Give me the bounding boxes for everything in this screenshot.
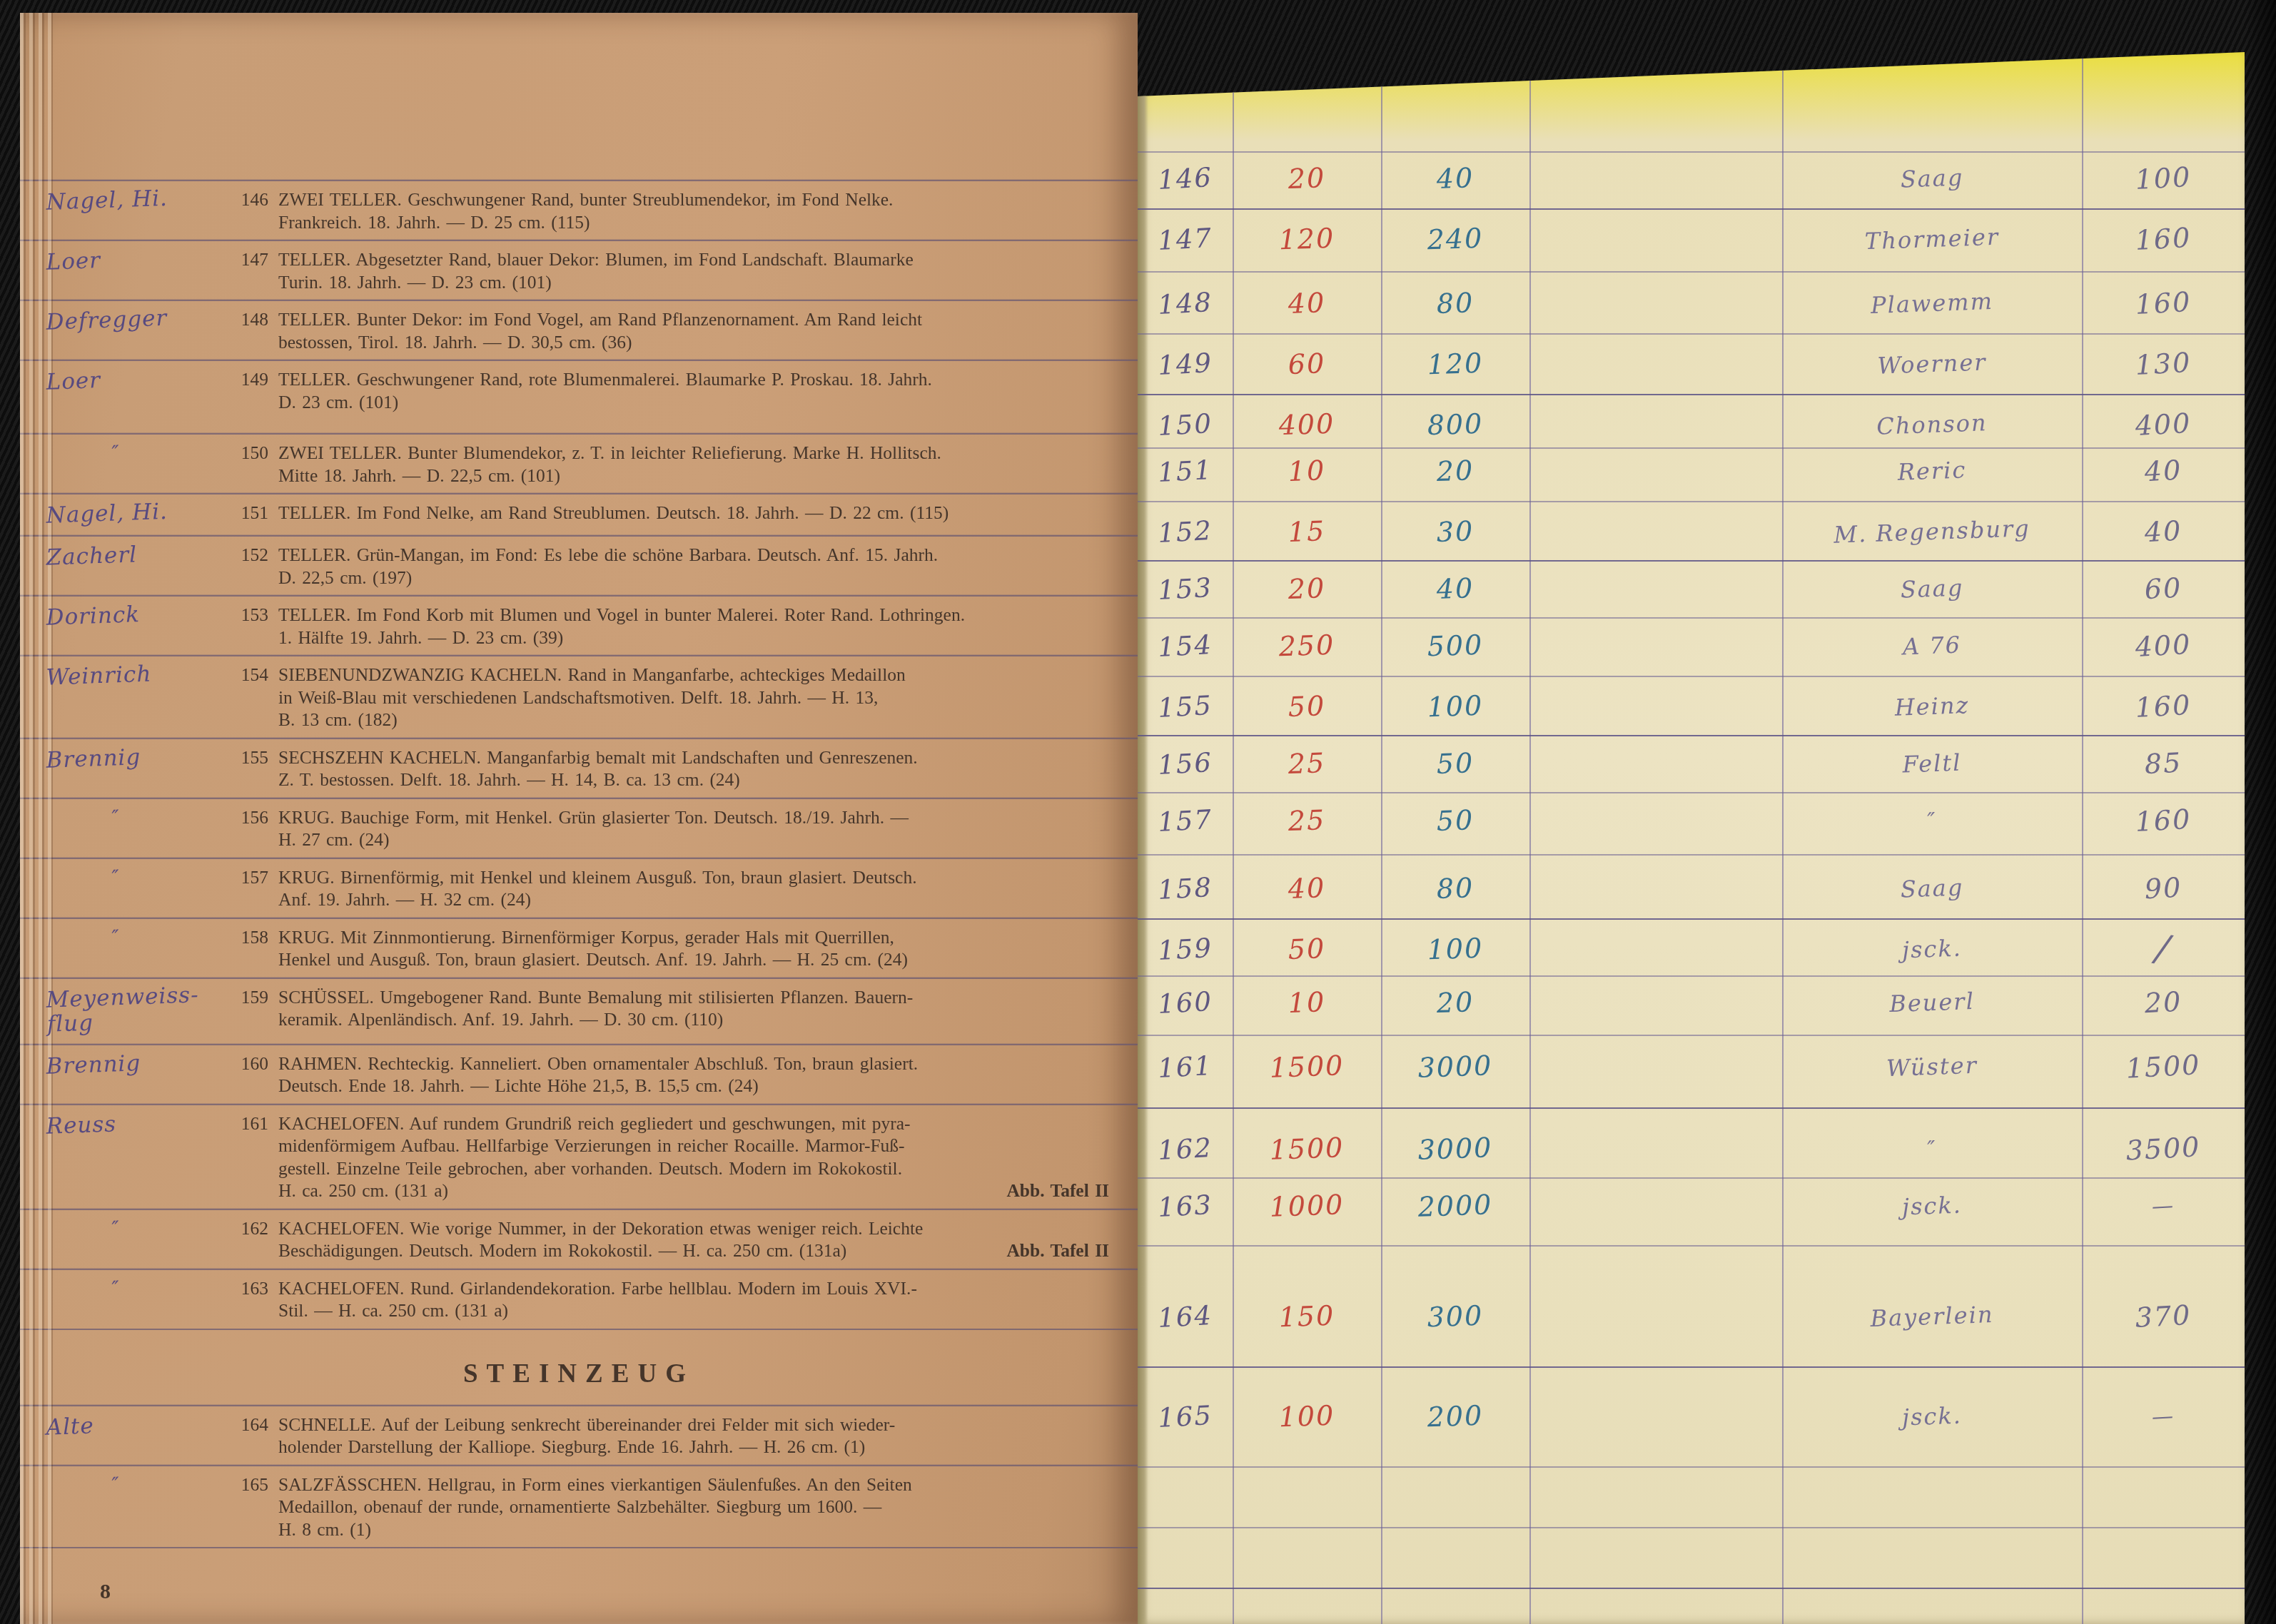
ledger-blue-price: 40	[1380, 570, 1529, 607]
margin-annotation: Nagel, Hi.	[20, 494, 228, 529]
ledger-lot-number: 161	[1137, 1049, 1233, 1085]
description-line: Henkel und Ausguß. Ton, braun glasiert. …	[278, 948, 1113, 971]
catalog-entry: Brennig160RAHMEN. Rechteckig. Kanneliert…	[20, 1044, 1138, 1104]
catalog-entry: Defregger148TELLER. Bunter Dekor: im Fon…	[20, 300, 1138, 360]
ledger-row: 164150300Bayerlein370	[1138, 1291, 2245, 1342]
ledger-final-price: 20	[2081, 983, 2245, 1022]
catalog-entry: Weinrich154SIEBENUNDZWANZIG KACHELN. Ran…	[20, 655, 1138, 738]
description-text: H. ca. 250 cm. (131 a)	[278, 1179, 448, 1202]
ledger-final-price: 85	[2081, 744, 2245, 783]
lot-number: 157	[227, 866, 278, 889]
ledger-blue-price: 3000	[1380, 1048, 1529, 1085]
lot-description: TELLER. Im Fond Nelke, am Rand Streublum…	[278, 502, 1138, 524]
ledger-buyer-name: Saag	[1781, 870, 2082, 908]
margin-annotation: Brennig	[20, 1045, 228, 1079]
ledger-row: 14960120Woerner130	[1138, 338, 2245, 390]
ledger-lot-number: 146	[1137, 161, 1233, 196]
ledger-rule-line	[1138, 1177, 2245, 1179]
left-page: Nagel, Hi.146ZWEI TELLER. Geschwungener …	[20, 13, 1138, 1624]
ledger-red-price: 100	[1232, 1398, 1381, 1434]
lot-description: SCHÜSSEL. Umgebogener Rand. Bunte Bemalu…	[278, 986, 1138, 1031]
ledger-red-price: 15	[1232, 513, 1381, 549]
ledger-red-price: 40	[1232, 285, 1381, 321]
margin-annotation: ″	[20, 1466, 228, 1500]
ledger-blue-price: 800	[1380, 406, 1529, 442]
description-line: KRUG. Birnenförmig, mit Henkel und klein…	[278, 866, 1113, 889]
lot-number: 152	[227, 544, 278, 567]
ledger-row: 1584080Saag90	[1138, 863, 2245, 914]
plate-reference-note: Abb. Tafel II	[1006, 1179, 1113, 1202]
description-line: Stil. — H. ca. 250 cm. (131 a)	[278, 1299, 1113, 1322]
ledger-buyer-name: Chonson	[1781, 406, 2082, 444]
description-line: TELLER. Grün-Mangan, im Fond: Es lebe di…	[278, 544, 1113, 567]
ledger-lot-number: 155	[1137, 689, 1233, 724]
description-line: Deutsch. Ende 18. Jahrh. — Lichte Höhe 2…	[278, 1075, 1113, 1097]
ledger-red-price: 1000	[1232, 1187, 1381, 1224]
description-line: SECHSZEHN KACHELN. Manganfarbig bemalt m…	[278, 746, 1113, 769]
ledger-lot-number: 165	[1137, 1399, 1233, 1434]
ledger-buyer-name: Saag	[1781, 160, 2082, 198]
ledger-row: 1532040Saag60	[1138, 563, 2245, 614]
description-line: KRUG. Mit Zinnmontierung. Birnenförmiger…	[278, 926, 1113, 949]
description-line: ZWEI TELLER. Bunter Blumendekor, z. T. i…	[278, 442, 1113, 465]
ledger-lot-number: 159	[1137, 931, 1233, 967]
ledger-lot-number: 153	[1137, 571, 1233, 607]
ledger-lot-number: 151	[1137, 453, 1233, 489]
ledger-final-price: 40	[2081, 512, 2245, 552]
ledger-blue-price: 20	[1380, 452, 1529, 489]
ledger-buyer-name: ″	[1782, 1131, 2083, 1167]
lot-number: 146	[227, 188, 278, 211]
ledger-row: 1572550″160	[1138, 795, 2245, 846]
catalog-entry: ″158KRUG. Mit Zinnmontierung. Birnenförm…	[20, 918, 1138, 978]
left-page-entries-before-section: Nagel, Hi.146ZWEI TELLER. Geschwungener …	[20, 180, 1138, 1329]
ledger-rule-line	[1138, 1527, 2245, 1528]
ledger-buyer-name: Plawemm	[1781, 285, 2082, 323]
ledger-row: 147120240Thormeier160	[1138, 213, 2245, 265]
description-line: holender Darstellung der Kalliope. Siegb…	[278, 1436, 1113, 1458]
ledger-red-price: 60	[1232, 345, 1381, 382]
ledger-rule-line	[1138, 1366, 2245, 1368]
catalog-entry: Zacherl152TELLER. Grün-Mangan, im Fond: …	[20, 535, 1138, 595]
ledger-red-price: 50	[1232, 930, 1381, 967]
lot-number: 163	[227, 1277, 278, 1300]
ledger-red-price: 1500	[1232, 1130, 1381, 1167]
ledger-row: 16115003000Wüster1500	[1138, 1041, 2245, 1092]
lot-number: 149	[227, 368, 278, 391]
lot-description: KRUG. Bauchige Form, mit Henkel. Grün gl…	[278, 806, 1138, 851]
catalog-entry: Alte164SCHNELLE. Auf der Leibung senkrec…	[20, 1405, 1138, 1465]
ledger-blue-price: 100	[1380, 930, 1529, 967]
ledger-rule-line	[1138, 394, 2245, 395]
ledger-red-price: 250	[1232, 627, 1381, 664]
ledger-rule-line	[1138, 1588, 2245, 1589]
catalog-entry: ″163KACHELOFEN. Rund. Girlandendekoratio…	[20, 1269, 1138, 1329]
ledger-final-price: —	[2081, 1189, 2245, 1223]
ledger-rule-line	[1138, 1107, 2245, 1109]
ledger-buyer-name: M. Regensburg	[1781, 513, 2082, 551]
ledger-buyer-name: A 76	[1781, 627, 2082, 665]
lot-description: SCHNELLE. Auf der Leibung senkrecht über…	[278, 1414, 1138, 1458]
ledger-red-price: 40	[1232, 870, 1381, 906]
left-page-top-margin	[20, 13, 1138, 180]
description-line: B. 13 cm. (182)	[278, 709, 1113, 731]
ledger-row: 1484080Plawemm160	[1138, 278, 2245, 329]
description-line: gestell. Einzelne Teile gebrochen, aber …	[278, 1157, 1113, 1180]
lot-number: 162	[227, 1217, 278, 1240]
ledger-final-price: —	[2081, 1400, 2245, 1433]
ledger-row: 154250500A 76400	[1138, 620, 2245, 671]
lot-description: RAHMEN. Rechteckig. Kanneliert. Oben orn…	[278, 1052, 1138, 1097]
catalog-entry: Loer147TELLER. Abgesetzter Rand, blauer …	[20, 240, 1138, 300]
ledger-red-price: 25	[1232, 802, 1381, 838]
ledger-buyer-name: Beuerl	[1781, 984, 2082, 1022]
right-page-ledger: 1462040Saag100147120240Thormeier16014840…	[1138, 46, 2245, 1624]
description-line: Z. T. bestossen. Delft. 18. Jahrh. — H. …	[278, 768, 1113, 791]
ledger-row: 165100200jsck.—	[1138, 1391, 2245, 1442]
margin-annotation: Meyenweiss-flug	[20, 978, 228, 1037]
ledger-red-price: 10	[1232, 984, 1381, 1020]
ledger-rule-line	[1138, 208, 2245, 210]
lot-description: TELLER. Abgesetzter Rand, blauer Dekor: …	[278, 248, 1138, 293]
lot-description: KACHELOFEN. Auf rundem Grundriß reich ge…	[278, 1112, 1138, 1202]
ledger-row: 1562550Feltl85	[1138, 738, 2245, 789]
description-line: TELLER. Im Fond Nelke, am Rand Streublum…	[278, 502, 1113, 524]
ledger-final-price: 400	[2081, 626, 2245, 666]
description-line: KRUG. Bauchige Form, mit Henkel. Grün gl…	[278, 806, 1113, 829]
lot-description: SALZFÄSSCHEN. Hellgrau, in Form eines vi…	[278, 1473, 1138, 1541]
lot-number: 160	[227, 1052, 278, 1075]
ledger-buyer-name: jsck.	[1781, 1187, 2082, 1225]
ledger-buyer-name: Heinz	[1781, 688, 2082, 726]
ledger-blue-price: 40	[1380, 160, 1529, 196]
left-page-entries-after-section: Alte164SCHNELLE. Auf der Leibung senkrec…	[20, 1405, 1138, 1548]
ledger-blue-price: 500	[1380, 627, 1529, 664]
ledger-blue-price: 20	[1380, 984, 1529, 1020]
catalog-entry: Nagel, Hi.151TELLER. Im Fond Nelke, am R…	[20, 493, 1138, 535]
margin-annotation: ″	[20, 798, 228, 833]
catalog-entry: ″150ZWEI TELLER. Bunter Blumendekor, z. …	[20, 433, 1138, 493]
ledger-buyer-name: Feltl	[1781, 745, 2082, 783]
description-line: TELLER. Bunter Dekor: im Fond Vogel, am …	[278, 308, 1113, 331]
lot-number: 148	[227, 308, 278, 331]
ledger-final-price: 90	[2081, 868, 2245, 908]
margin-annotation: Alte	[20, 1406, 228, 1440]
ledger-rule-line	[1138, 501, 2245, 502]
description-line: Mitte 18. Jahrh. — D. 22,5 cm. (101)	[278, 465, 1113, 487]
ledger-red-price: 20	[1232, 160, 1381, 196]
lot-number: 165	[227, 1473, 278, 1496]
ledger-row: 150400800Chonson400	[1138, 399, 2245, 450]
ledger-blue-price: 50	[1380, 745, 1529, 781]
catalog-entry: ″157KRUG. Birnenförmig, mit Henkel und k…	[20, 858, 1138, 918]
description-text: Beschädigungen. Deutsch. Modern im Rokok…	[278, 1239, 846, 1262]
ledger-blue-price: 80	[1380, 870, 1529, 906]
lot-description: TELLER. Bunter Dekor: im Fond Vogel, am …	[278, 308, 1138, 353]
lot-number: 159	[227, 986, 278, 1009]
catalog-entry: Dorinck153TELLER. Im Fond Korb mit Blume…	[20, 595, 1138, 655]
ledger-lot-number: 160	[1137, 985, 1233, 1020]
ledger-final-price: 160	[2081, 801, 2245, 841]
ledger-rule-line	[1138, 271, 2245, 273]
ledger-rule-line	[1138, 1245, 2245, 1247]
margin-annotation: ″	[20, 435, 228, 469]
lot-number: 164	[227, 1414, 278, 1436]
margin-annotation: Defregger	[20, 301, 228, 335]
lot-number: 151	[227, 502, 278, 524]
lot-description: KACHELOFEN. Rund. Girlandendekoration. F…	[278, 1277, 1138, 1322]
ledger-final-price: 100	[2081, 158, 2245, 198]
ledger-row: 1601020Beuerl20	[1138, 977, 2245, 1028]
ledger-blue-price: 240	[1380, 220, 1529, 257]
margin-annotation: ″	[20, 858, 228, 893]
ledger-lot-number: 149	[1137, 346, 1233, 382]
ledger-red-price: 25	[1232, 745, 1381, 781]
description-line: SALZFÄSSCHEN. Hellgrau, in Form eines vi…	[278, 1473, 1113, 1496]
ledger-rule-line	[1138, 792, 2245, 793]
ledger-rule-line	[1138, 854, 2245, 856]
ledger-buyer-name: Reric	[1781, 452, 2082, 490]
ledger-lot-number: 162	[1137, 1131, 1233, 1167]
margin-annotation: Loer	[20, 361, 228, 395]
description-line: Beschädigungen. Deutsch. Modern im Rokok…	[278, 1239, 1113, 1262]
description-line: H. 27 cm. (24)	[278, 828, 1113, 851]
description-line: SCHÜSSEL. Umgebogener Rand. Bunte Bemalu…	[278, 986, 1113, 1009]
description-line: 1. Hälfte 19. Jahrh. — D. 23 cm. (39)	[278, 626, 1113, 649]
ledger-row: 1511020Reric40	[1138, 445, 2245, 497]
ledger-final-price: 400	[2081, 405, 2245, 445]
description-line: TELLER. Geschwungener Rand, rote Blumenm…	[278, 368, 1113, 391]
ledger-row: 15550100Heinz160	[1138, 681, 2245, 732]
lot-number: 158	[227, 926, 278, 949]
catalog-entry: ″156KRUG. Bauchige Form, mit Henkel. Grü…	[20, 798, 1138, 858]
description-line: Frankreich. 18. Jahrh. — D. 25 cm. (115)	[278, 211, 1113, 234]
ledger-buyer-name: ″	[1782, 803, 2083, 838]
description-line: Medaillon, obenauf der runde, ornamentie…	[278, 1496, 1113, 1518]
ledger-buyer-name: jsck.	[1781, 930, 2082, 968]
margin-annotation: Zacherl	[20, 537, 228, 571]
margin-annotation: ″	[20, 1269, 228, 1304]
catalog-entry: Reuss161KACHELOFEN. Auf rundem Grundriß …	[20, 1104, 1138, 1209]
margin-annotation: Nagel, Hi.	[20, 181, 228, 215]
ledger-red-price: 50	[1232, 688, 1381, 724]
ledger-final-price: 60	[2081, 569, 2245, 609]
lot-description: ZWEI TELLER. Bunter Blumendekor, z. T. i…	[278, 442, 1138, 487]
description-line: Turin. 18. Jahrh. — D. 23 cm. (101)	[278, 271, 1113, 294]
description-line: RAHMEN. Rechteckig. Kanneliert. Oben orn…	[278, 1052, 1113, 1075]
ledger-lot-number: 152	[1137, 514, 1233, 549]
ledger-lot-number: 156	[1137, 746, 1233, 781]
ledger-buyer-name: Thormeier	[1781, 220, 2082, 258]
ledger-red-price: 1500	[1232, 1048, 1381, 1085]
ledger-final-price: 160	[2081, 283, 2245, 323]
description-line: KACHELOFEN. Wie vorige Nummer, in der De…	[278, 1217, 1113, 1240]
ledger-row: 16310002000jsck.—	[1138, 1180, 2245, 1232]
ledger-rule-line	[1138, 676, 2245, 677]
lot-description: SECHSZEHN KACHELN. Manganfarbig bemalt m…	[278, 746, 1138, 791]
lot-number: 161	[227, 1112, 278, 1135]
ledger-final-price: 40	[2081, 451, 2245, 491]
plate-reference-note: Abb. Tafel II	[1006, 1239, 1113, 1262]
ledger-buyer-name: Saag	[1781, 570, 2082, 608]
ledger-row: 16215003000″3500	[1138, 1123, 2245, 1174]
ledger-blue-price: 2000	[1380, 1187, 1529, 1224]
ledger-final-price: 3500	[2081, 1129, 2245, 1169]
margin-annotation: Loer	[20, 241, 228, 275]
ledger-lot-number: 154	[1137, 628, 1233, 664]
ledger-lot-number: 158	[1137, 871, 1233, 906]
lot-description: TELLER. Im Fond Korb mit Blumen und Voge…	[278, 604, 1138, 649]
description-line: in Weiß-Blau mit verschiedenen Landschaf…	[278, 686, 1113, 709]
description-line: SCHNELLE. Auf der Leibung senkrecht über…	[278, 1414, 1113, 1436]
ledger-final-price: 160	[2081, 686, 2245, 726]
ledger-blue-price: 120	[1380, 345, 1529, 382]
ledger-blue-price: 50	[1380, 802, 1529, 838]
ledger-rule-line	[1138, 1466, 2245, 1468]
ledger-final-price: 160	[2081, 219, 2245, 259]
ledger-rule-line	[1138, 560, 2245, 562]
lot-number: 154	[227, 664, 278, 686]
lot-number: 153	[227, 604, 278, 626]
margin-annotation: ″	[20, 918, 228, 953]
lot-description: KRUG. Birnenförmig, mit Henkel und klein…	[278, 866, 1138, 911]
ledger-rule-line	[1138, 333, 2245, 335]
scanned-catalog-spread: { "left_page": { "page_number": "8", "se…	[0, 0, 2276, 1624]
ledger-blue-price: 300	[1380, 1298, 1529, 1334]
ledger-lot-number: 157	[1137, 803, 1233, 838]
ledger-buyer-name: Wüster	[1781, 1048, 2082, 1086]
description-line: H. ca. 250 cm. (131 a)Abb. Tafel II	[278, 1179, 1113, 1202]
description-line: Anf. 19. Jahrh. — H. 32 cm. (24)	[278, 888, 1113, 911]
catalog-entry: Brennig155SECHSZEHN KACHELN. Manganfarbi…	[20, 738, 1138, 798]
lot-number: 147	[227, 248, 278, 271]
ledger-final-price: 130	[2081, 344, 2245, 384]
ledger-red-price: 120	[1232, 220, 1381, 257]
lot-description: ZWEI TELLER. Geschwungener Rand, bunter …	[278, 188, 1138, 233]
lot-number: 155	[227, 746, 278, 769]
ledger-lot-number: 164	[1137, 1299, 1233, 1334]
ledger-rule-line	[1138, 617, 2245, 619]
ledger-blue-price: 3000	[1380, 1130, 1529, 1167]
ledger-blue-price: 200	[1380, 1398, 1529, 1434]
ledger-row: 1462040Saag100	[1138, 153, 2245, 204]
ledger-red-price: 20	[1232, 570, 1381, 607]
description-line: D. 22,5 cm. (197)	[278, 567, 1113, 589]
ledger-rule-line	[1138, 735, 2245, 736]
ledger-red-price: 400	[1232, 406, 1381, 442]
description-line: KACHELOFEN. Auf rundem Grundriß reich ge…	[278, 1112, 1113, 1135]
ledger-final-price: /	[2080, 916, 2247, 981]
description-line: KACHELOFEN. Rund. Girlandendekoration. F…	[278, 1277, 1113, 1300]
ledger-lot-number: 148	[1137, 285, 1233, 321]
description-line: SIEBENUNDZWANZIG KACHELN. Rand in Mangan…	[278, 664, 1113, 686]
margin-annotation: ″	[20, 1209, 228, 1244]
page-number: 8	[20, 1548, 1138, 1604]
ledger-rule-line	[1138, 1035, 2245, 1036]
ledger-blue-price: 30	[1380, 513, 1529, 549]
description-line: H. 8 cm. (1)	[278, 1518, 1113, 1541]
margin-annotation: Weinrich	[20, 656, 228, 691]
catalog-entry: Nagel, Hi.146ZWEI TELLER. Geschwungener …	[20, 180, 1138, 240]
ledger-final-price: 1500	[2081, 1047, 2245, 1087]
book-edge-shadow	[2245, 0, 2276, 1624]
section-title: STEINZEUG	[463, 1359, 694, 1389]
lot-description: KACHELOFEN. Wie vorige Nummer, in der De…	[278, 1217, 1138, 1262]
ledger-blue-price: 80	[1380, 285, 1529, 321]
lot-number: 156	[227, 806, 278, 829]
description-line: TELLER. Im Fond Korb mit Blumen und Voge…	[278, 604, 1113, 626]
ledger-row: 1521530M. Regensburg40	[1138, 506, 2245, 557]
margin-annotation: Reuss	[20, 1105, 228, 1139]
description-line: bestossen, Tirol. 18. Jahrh. — D. 30,5 c…	[278, 331, 1113, 354]
catalog-entry: Loer149TELLER. Geschwungener Rand, rote …	[20, 360, 1138, 433]
ledger-lot-number: 150	[1137, 407, 1233, 442]
ledger-red-price: 150	[1232, 1298, 1381, 1334]
lot-description: TELLER. Geschwungener Rand, rote Blumenm…	[278, 368, 1138, 413]
lot-description: KRUG. Mit Zinnmontierung. Birnenförmiger…	[278, 926, 1138, 971]
ledger-lot-number: 163	[1137, 1188, 1233, 1224]
section-header-row: STEINZEUG	[20, 1329, 1138, 1405]
description-line: TELLER. Abgesetzter Rand, blauer Dekor: …	[278, 248, 1113, 271]
description-line: ZWEI TELLER. Geschwungener Rand, bunter …	[278, 188, 1113, 211]
ledger-row: 15950100jsck./	[1138, 923, 2245, 975]
ledger-buyer-name: Bayerlein	[1781, 1298, 2082, 1336]
lot-description: TELLER. Grün-Mangan, im Fond: Es lebe di…	[278, 544, 1138, 589]
lot-number: 150	[227, 442, 278, 465]
ledger-final-price: 370	[2081, 1296, 2245, 1336]
lot-description: SIEBENUNDZWANZIG KACHELN. Rand in Mangan…	[278, 664, 1138, 731]
ledger-buyer-name: Woerner	[1781, 345, 2082, 383]
description-line: midenförmigem Aufbau. Hellfarbige Verzie…	[278, 1135, 1113, 1157]
description-line: D. 23 cm. (101)	[278, 391, 1113, 414]
ledger-blue-price: 100	[1380, 688, 1529, 724]
ledger-buyer-name: jsck.	[1781, 1398, 2082, 1436]
ledger-rule-line	[1138, 918, 2245, 920]
ledger-red-price: 10	[1232, 452, 1381, 489]
description-line: keramik. Alpenländisch. Anf. 19. Jahrh. …	[278, 1008, 1113, 1031]
margin-annotation: Brennig	[20, 739, 228, 773]
catalog-entry: ″162KACHELOFEN. Wie vorige Nummer, in de…	[20, 1209, 1138, 1269]
catalog-entry: Meyenweiss-flug159SCHÜSSEL. Umgebogener …	[20, 978, 1138, 1044]
ledger-lot-number: 147	[1137, 221, 1233, 257]
catalog-entry: ″165SALZFÄSSCHEN. Hellgrau, in Form eine…	[20, 1465, 1138, 1548]
margin-annotation: Dorinck	[20, 597, 228, 631]
